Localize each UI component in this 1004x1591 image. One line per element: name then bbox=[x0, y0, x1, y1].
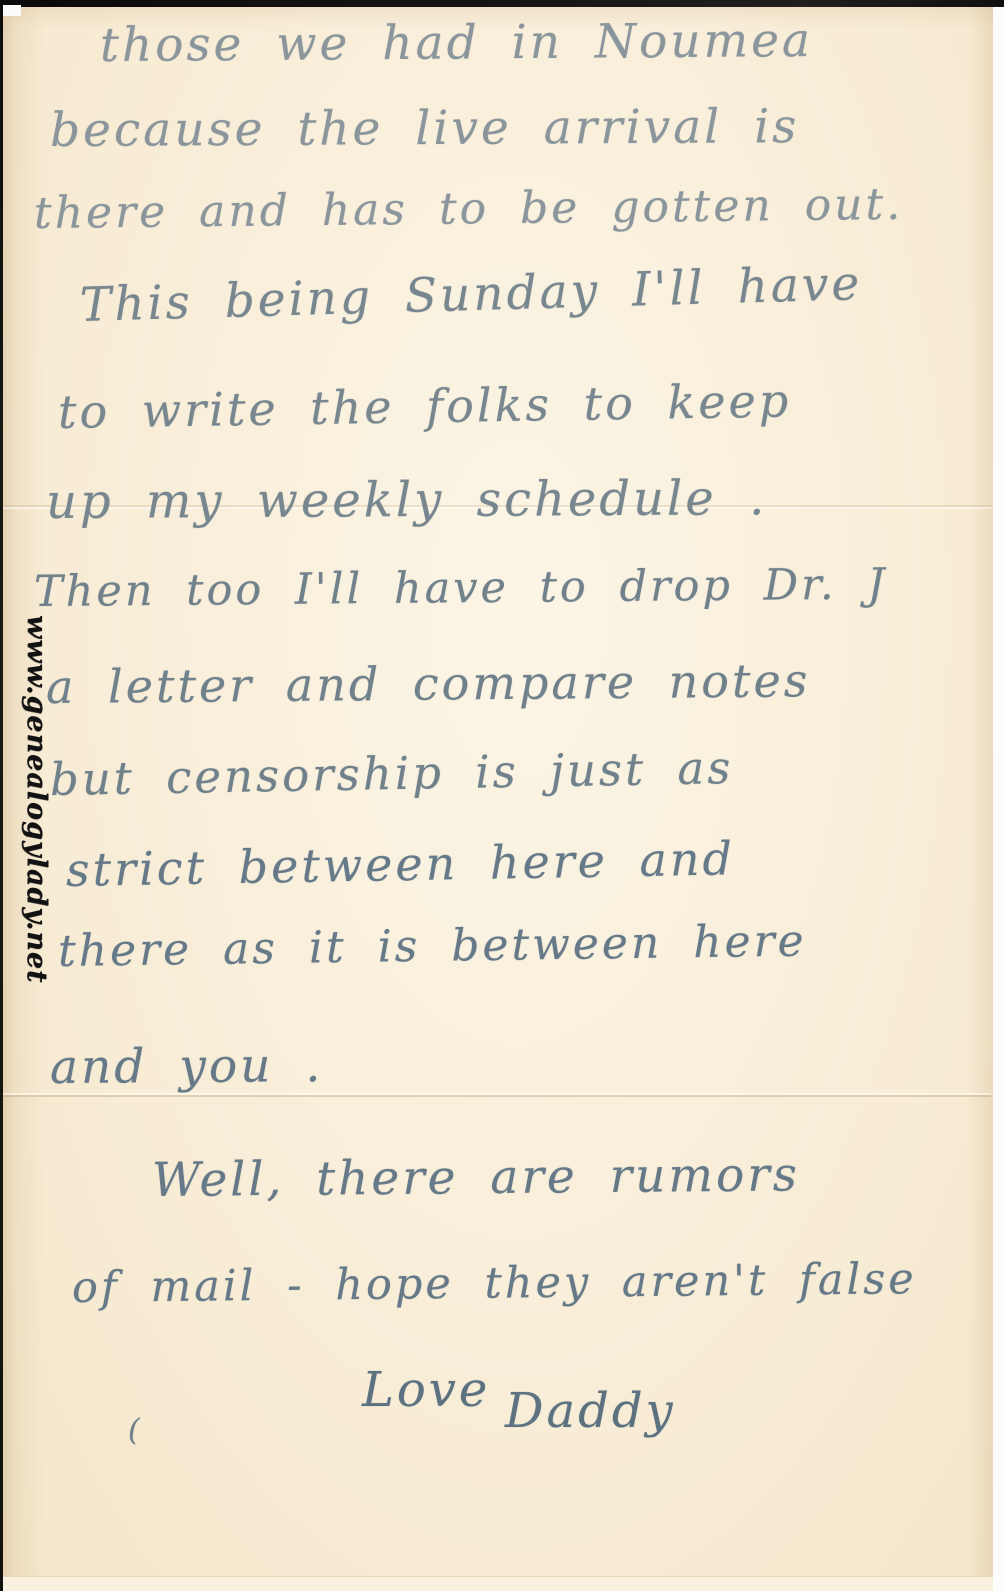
letter-line-12: and you . bbox=[50, 1038, 324, 1095]
letter-line-2: because the live arrival is bbox=[50, 99, 800, 158]
scanned-letter-page: www.genealogylady.net those we had in No… bbox=[0, 0, 1004, 1591]
letter-line-14: of mail - hope they aren't false bbox=[72, 1254, 917, 1313]
scan-background-right bbox=[993, 7, 1004, 1591]
scan-edge-top bbox=[0, 0, 1004, 7]
letter-line-5: to write the folks to keep bbox=[58, 373, 792, 439]
signature: Daddy bbox=[505, 1383, 676, 1439]
letter-line-7: Then too I'll have to drop Dr. J bbox=[34, 560, 888, 617]
letter-line-3: there and has to be gotten out. bbox=[34, 179, 904, 239]
letter-line-8: a letter and compare notes bbox=[46, 653, 811, 714]
letter-line-6: up my weekly schedule . bbox=[46, 470, 768, 530]
letter-line-1: those we had in Noumea bbox=[100, 13, 813, 73]
closing-word: Love bbox=[362, 1362, 490, 1418]
letter-line-11: there as it is between here bbox=[58, 916, 807, 977]
paper-bottom-edge bbox=[3, 1576, 993, 1591]
scan-edge-left bbox=[0, 0, 3, 1591]
stray-pencil-mark: ( bbox=[128, 1413, 140, 1448]
scan-edge-top-notch bbox=[3, 5, 21, 16]
letter-line-13: Well, there are rumors bbox=[152, 1147, 800, 1208]
